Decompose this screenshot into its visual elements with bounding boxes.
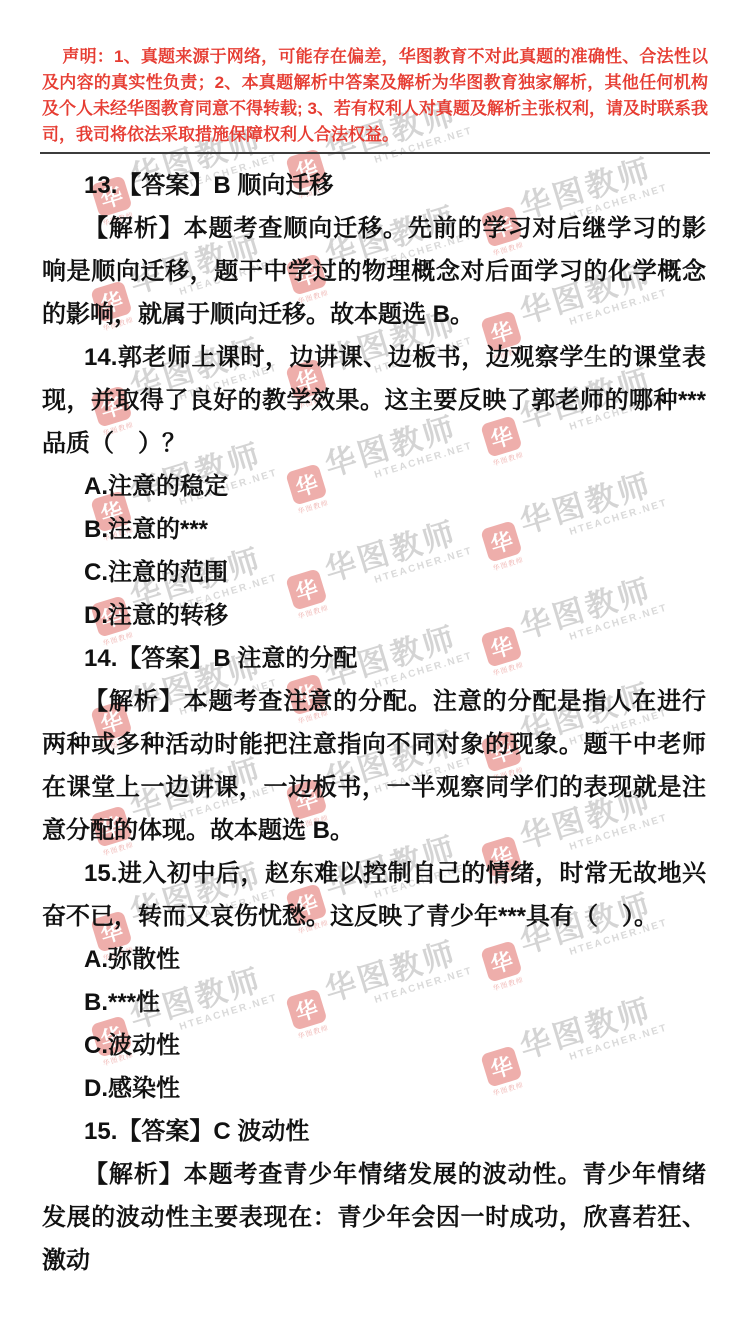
- q14-option-d-line: D.注意的转移: [42, 594, 706, 637]
- q15-option-a-line: A.弥散性: [42, 938, 706, 981]
- q14-analysis-paragraph: 【解析】本题考查注意的分配。注意的分配是指人在进行两种或多种活动时能把注意指向不…: [42, 680, 706, 852]
- q14-option-b-line: B.注意的***: [42, 508, 706, 551]
- q15-option-c-line: C.波动性: [42, 1024, 706, 1067]
- q14-option-c-line: C.注意的范围: [42, 551, 706, 594]
- q14-answer-line: 14.【答案】B 注意的分配: [42, 637, 706, 680]
- q13-answer-line: 13.【答案】B 顺向迁移: [42, 164, 706, 207]
- q15-option-d-line: D.感染性: [42, 1067, 706, 1110]
- document-page: 华 华图教师 华图教师 HTEACHER.NET 华 华图教师 华图教师 HTE…: [0, 0, 748, 1334]
- disclaimer-label: 声明：: [62, 47, 114, 66]
- q15-option-b-line: B.***性: [42, 981, 706, 1024]
- document-content: 声明：1、真题来源于网络，可能存在偏差，华图教育不对此真题的准确性、合法性以及内…: [0, 0, 748, 1282]
- qa-body: 13.【答案】B 顺向迁移 【解析】本题考查顺向迁移。先前的学习对后继学习的影响…: [0, 154, 748, 1282]
- q15-answer-line: 15.【答案】C 波动性: [42, 1110, 706, 1153]
- disclaimer-paragraph: 声明：1、真题来源于网络，可能存在偏差，华图教育不对此真题的准确性、合法性以及内…: [0, 0, 748, 148]
- q13-analysis-paragraph: 【解析】本题考查顺向迁移。先前的学习对后继学习的影响是顺向迁移，题干中学过的物理…: [42, 207, 706, 336]
- q15-analysis-paragraph: 【解析】本题考查青少年情绪发展的波动性。青少年情绪发展的波动性主要表现在：青少年…: [42, 1153, 706, 1282]
- q14-option-a-line: A.注意的稳定: [42, 465, 706, 508]
- disclaimer-text: 1、真题来源于网络，可能存在偏差，华图教育不对此真题的准确性、合法性以及内容的真…: [42, 47, 708, 144]
- q14-stem-paragraph: 14.郭老师上课时，边讲课、边板书，边观察学生的课堂表现，并取得了良好的教学效果…: [42, 336, 706, 465]
- q15-stem-paragraph: 15.进入初中后，赵东难以控制自己的情绪，时常无故地兴奋不已，转而又哀伤忧愁。这…: [42, 852, 706, 938]
